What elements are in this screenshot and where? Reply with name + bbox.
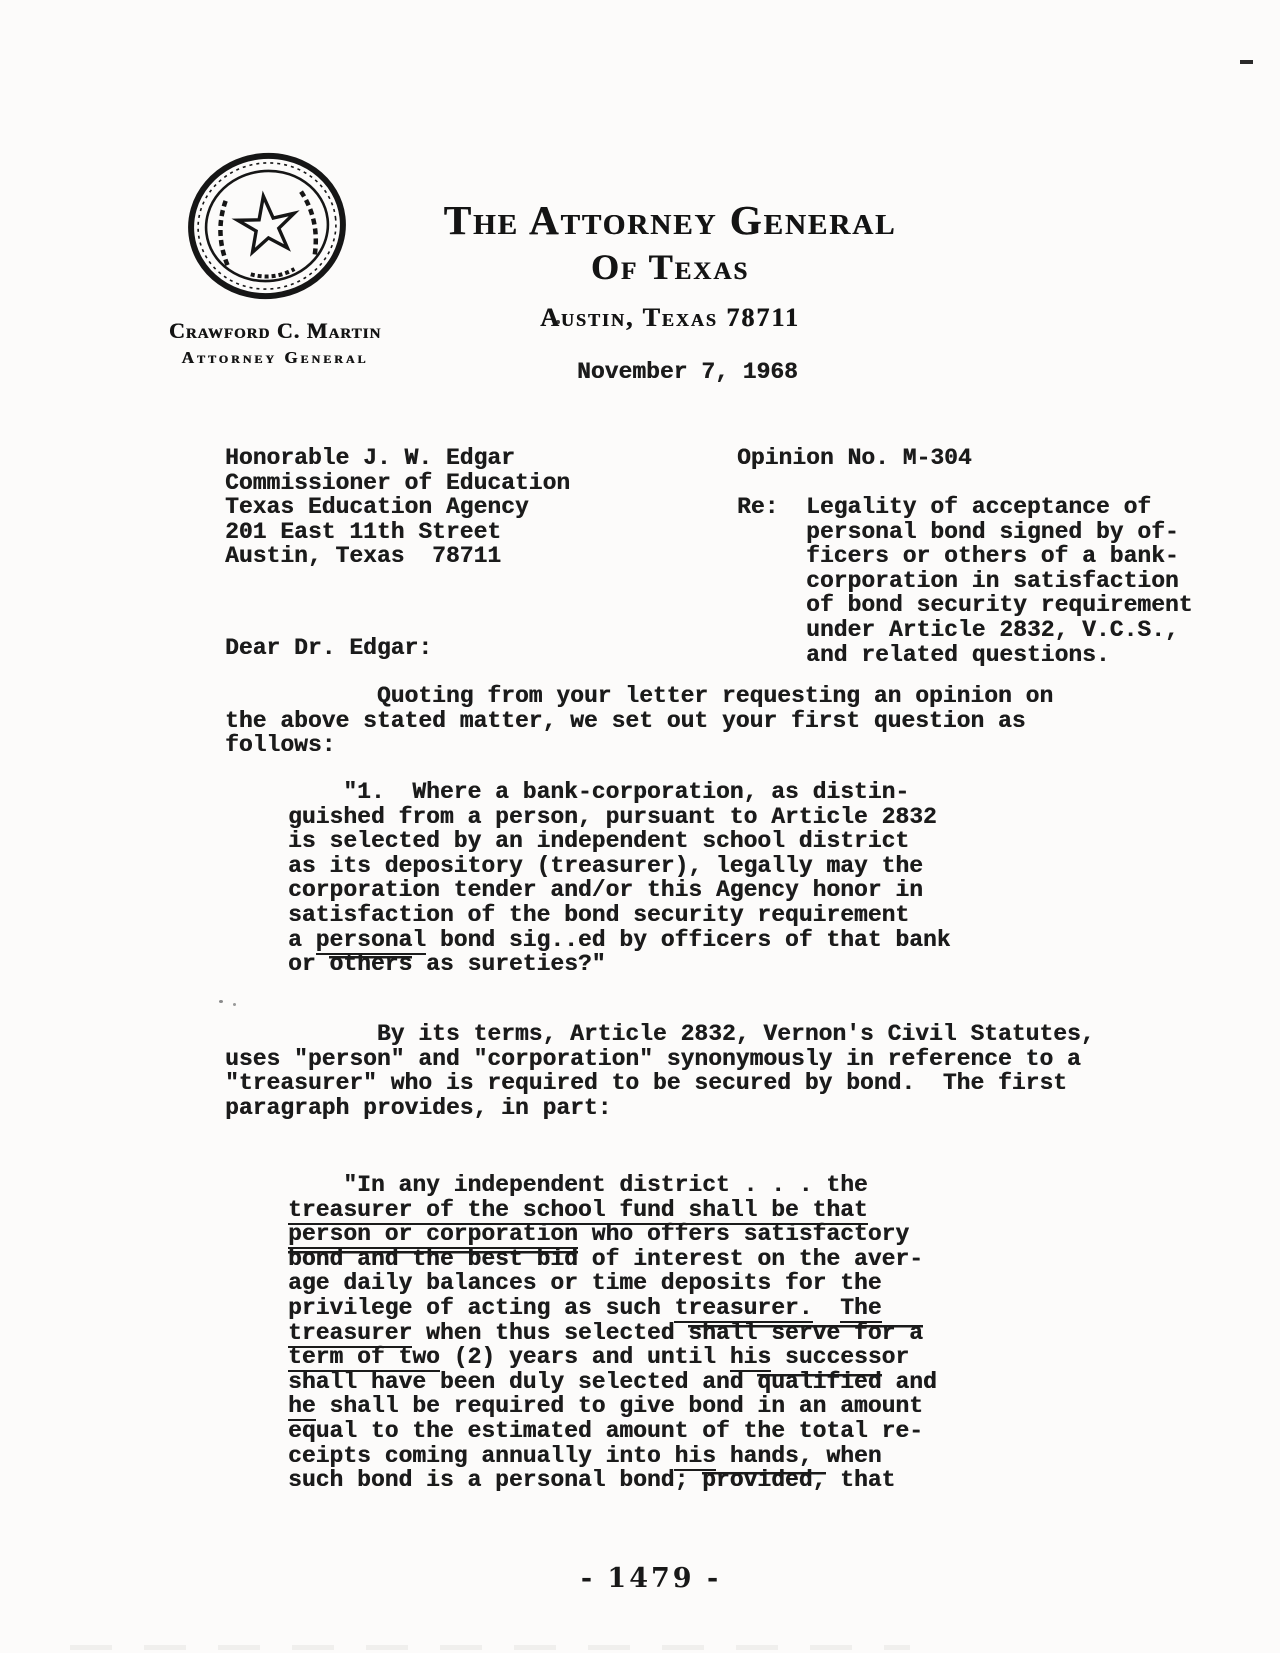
opinion-letter-page: The Attorney General Of Texas Austin, Te… [0, 0, 1280, 1653]
text-run: "In any independent district . . . the [288, 1172, 868, 1198]
text-line: "1. Where a bank-corporation, as distin- [288, 780, 951, 805]
text-line: personal bond signed by of- [737, 520, 1192, 545]
text-run: paragraph provides, in part: [225, 1095, 611, 1121]
text-run: qualified [757, 1369, 881, 1395]
text-line: "In any independent district . . . the [288, 1173, 937, 1198]
text-run: "1. Where a bank-corporation, as distin- [288, 779, 909, 805]
letterhead-address: Austin, Texas 78711 [360, 303, 980, 333]
text-run: shall be required to give bond in an amo… [316, 1393, 923, 1419]
text-line: such bond is a personal bond; provided, … [288, 1468, 937, 1493]
text-run: bond sig..ed by officers of that bank [426, 927, 951, 953]
text-line: treasurer of the school fund shall be th… [288, 1198, 937, 1223]
letterhead-subtitle: Of Texas [360, 246, 980, 288]
text-run: Quoting from your letter requesting an o… [225, 683, 1053, 709]
text-run: privilege of acting as such [288, 1295, 674, 1321]
text-line: Re: Legality of acceptance of [737, 495, 1192, 520]
text-line: of bond security requirement [737, 593, 1192, 618]
scan-artifact-smudge [70, 1645, 910, 1650]
text-run: provided, [702, 1467, 826, 1493]
text-run: corporation tender and/or this Agency ho… [288, 877, 923, 903]
text-line: Honorable J. W. Edgar [225, 446, 570, 471]
text-run: shall serve for a [688, 1320, 923, 1346]
text-line: follows: [225, 733, 1053, 758]
text-run: corporation in satisfaction [737, 568, 1179, 594]
text-run: hands, when [716, 1443, 882, 1469]
text-line: privilege of acting as such treasurer. T… [288, 1296, 937, 1321]
text-run: ficers or others of a bank- [737, 543, 1179, 569]
text-line: "treasurer" who is required to be secure… [225, 1071, 1095, 1096]
text-run: the above stated matter, we set out your… [225, 708, 1026, 734]
text-line: shall have been duly selected and qualif… [288, 1370, 937, 1395]
text-run: The [840, 1295, 881, 1323]
text-run: 201 East 11th Street [225, 519, 501, 545]
text-run: such bond is a personal bond; [288, 1467, 702, 1493]
text-line: paragraph provides, in part: [225, 1096, 1095, 1121]
text-line: and related questions. [737, 643, 1192, 668]
text-line: term of two (2) years and until his succ… [288, 1345, 937, 1370]
text-run: Commissioner of Education [225, 470, 570, 496]
statute-quote: "In any independent district . . . thetr… [288, 1173, 937, 1493]
text-run: or [288, 951, 329, 977]
text-run: is selected by an independent school dis… [288, 828, 909, 854]
text-run: person or corporation [288, 1221, 578, 1249]
text-line: Quoting from your letter requesting an o… [225, 684, 1053, 709]
text-line: equal to the estimated amount of the tot… [288, 1419, 937, 1444]
text-run: under Article 2832, V.C.S., [737, 617, 1179, 643]
text-line: By its terms, Article 2832, Vernon's Civ… [225, 1022, 1095, 1047]
text-line: satisfaction of the bond security requir… [288, 903, 951, 928]
text-line: or others as sureties?" [288, 952, 951, 977]
salutation: Dear Dr. Edgar: [225, 636, 432, 661]
text-run: as sureties?" [412, 951, 605, 977]
text-line: Texas Education Agency [225, 495, 570, 520]
texas-state-seal-icon [183, 146, 351, 306]
page-number: - 1479 - [0, 1563, 1280, 1594]
text-line: person or corporation who offers satisfa… [288, 1222, 937, 1247]
text-run: treasurer. [674, 1295, 812, 1323]
official-name: Crawford C. Martin [120, 318, 430, 344]
text-run: follows: [225, 732, 335, 758]
text-line: under Article 2832, V.C.S., [737, 618, 1192, 643]
text-run: "treasurer" who is required to be secure… [225, 1070, 1067, 1096]
text-line: the above stated matter, we set out your… [225, 709, 1053, 734]
text-run: and [882, 1369, 937, 1395]
text-run: when thus selected [412, 1320, 688, 1346]
text-run: Texas Education Agency [225, 494, 529, 520]
text-run: successor [771, 1344, 909, 1370]
body-paragraph-2: By its terms, Article 2832, Vernon's Civ… [225, 1022, 1095, 1120]
text-line: Austin, Texas 78711 [225, 544, 570, 569]
text-run [813, 1295, 841, 1321]
text-run: equal to the estimated amount of the tot… [288, 1418, 923, 1444]
text-run: Re: Legality of acceptance of [737, 494, 1151, 520]
text-line: ficers or others of a bank- [737, 544, 1192, 569]
letter-date: November 7, 1968 [577, 360, 798, 385]
text-run: (2) years and until [440, 1344, 730, 1370]
text-run: and related questions. [737, 642, 1110, 668]
text-run: others [329, 951, 412, 977]
text-line: age daily balances or time deposits for … [288, 1271, 937, 1296]
text-run: personal bond signed by of- [737, 519, 1179, 545]
scan-artifact-dot [233, 1003, 236, 1006]
text-run: who offers satisfactory [578, 1221, 909, 1247]
text-line: a personal bond sig..ed by officers of t… [288, 928, 951, 953]
opinion-number: Opinion No. M-304 [737, 446, 972, 471]
text-line: corporation tender and/or this Agency ho… [288, 878, 951, 903]
text-line: Commissioner of Education [225, 471, 570, 496]
text-line: corporation in satisfaction [737, 569, 1192, 594]
scan-artifact-dash [1240, 60, 1253, 64]
text-run: uses "person" and "corporation" synonymo… [225, 1046, 1081, 1072]
question-quote: "1. Where a bank-corporation, as distin-… [288, 780, 951, 977]
text-line: uses "person" and "corporation" synonymo… [225, 1047, 1095, 1072]
text-run: bond and the best bid [288, 1246, 578, 1272]
text-run: of bond security requirement [737, 592, 1192, 618]
letterhead-title: The Attorney General [360, 196, 980, 244]
text-run: age daily balances or time deposits for … [288, 1270, 882, 1296]
text-run: a [288, 927, 316, 953]
text-line: as its depository (treasurer), legally m… [288, 854, 951, 879]
text-run: Austin, Texas 78711 [225, 543, 501, 569]
text-run: shall have been duly selected and [288, 1369, 757, 1395]
text-line: treasurer when thus selected shall serve… [288, 1321, 937, 1346]
text-line: is selected by an independent school dis… [288, 829, 951, 854]
text-line: he shall be required to give bond in an … [288, 1394, 937, 1419]
recipient-address: Honorable J. W. EdgarCommissioner of Edu… [225, 446, 570, 569]
text-line: bond and the best bid of interest on the… [288, 1247, 937, 1272]
text-run: as its depository (treasurer), legally m… [288, 853, 923, 879]
text-run: that [826, 1467, 895, 1493]
text-line: ceipts coming annually into his hands, w… [288, 1444, 937, 1469]
text-run: guished from a person, pursuant to Artic… [288, 804, 937, 830]
text-run: satisfaction of the bond security requir… [288, 902, 909, 928]
text-run: By its terms, Article 2832, Vernon's Civ… [225, 1021, 1095, 1047]
text-line: 201 East 11th Street [225, 520, 570, 545]
text-run: ceipts coming annually into [288, 1443, 674, 1469]
scan-artifact-dot [219, 1000, 223, 1003]
re-subject: Re: Legality of acceptance of personal b… [737, 495, 1192, 667]
text-run: of interest on the aver- [578, 1246, 923, 1272]
text-line: guished from a person, pursuant to Artic… [288, 805, 951, 830]
text-run: Honorable J. W. Edgar [225, 445, 515, 471]
official-title: Attorney General [120, 348, 430, 368]
body-paragraph-1: Quoting from your letter requesting an o… [225, 684, 1053, 758]
